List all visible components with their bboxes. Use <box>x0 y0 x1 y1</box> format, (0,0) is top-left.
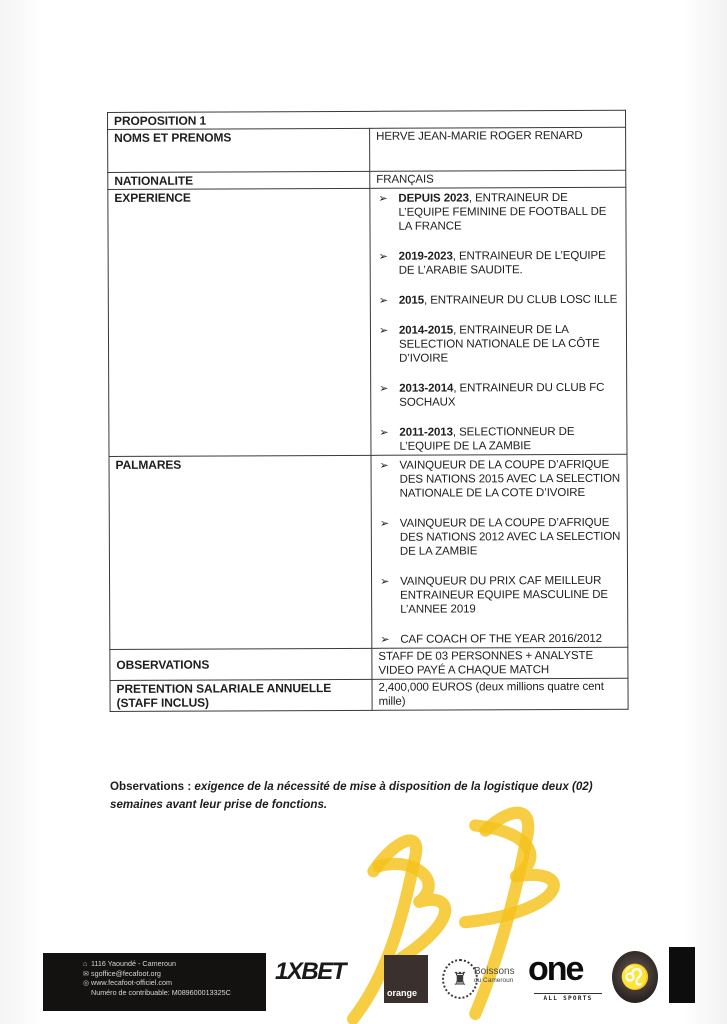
row-observations: OBSERVATIONS STAFF DE 03 PERSONNES + ANA… <box>110 647 628 680</box>
black-bar-logo <box>669 947 695 1003</box>
arrow-bullet-icon: ➢ <box>379 382 388 396</box>
address-line: ⌂1116 Yaoundé - Cameroun <box>83 959 266 969</box>
name-value: HERVE JEAN-MARIE ROGER RENARD <box>370 127 626 171</box>
observations-note-label: Observations : <box>110 780 191 793</box>
salary-label: PRETENTION SALARIALE ANNUELLE (STAFF INC… <box>110 679 372 711</box>
home-icon: ⌂ <box>83 959 91 969</box>
arrow-bullet-icon: ➢ <box>380 633 389 647</box>
palmares-list: ➢VAINQUEUR DE LA COUPE D’AFRIQUE DES NAT… <box>378 458 623 647</box>
observations-value: STAFF DE 03 PERSONNES + ANALYSTE VIDEO P… <box>372 647 628 679</box>
email-line[interactable]: ✉sgoffice@fecafoot.org <box>83 969 266 979</box>
experience-label: EXPERIENCE <box>108 188 371 456</box>
experience-item: ➢2013-2014, ENTRAINEUR DU CLUB FC SOCHAU… <box>377 381 621 410</box>
globe-icon: ◎ <box>83 978 91 988</box>
nationality-value: FRANÇAIS <box>370 170 626 188</box>
arrow-bullet-icon: ➢ <box>380 459 389 473</box>
palmares-item: ➢CAF COACH OF THE YEAR 2016/2012 <box>378 632 622 647</box>
1xbet-logo: 1XBET <box>275 958 345 986</box>
nationality-label: NATIONALITE <box>108 171 370 189</box>
arrow-bullet-icon: ➢ <box>378 192 387 206</box>
experience-value: ➢DEPUIS 2023, ENTRAINEUR DE L’EQUIPE FEM… <box>370 187 627 455</box>
arrow-bullet-icon: ➢ <box>379 294 388 308</box>
experience-item: ➢2014-2015, ENTRAINEUR DE LA SELECTION N… <box>377 323 621 366</box>
one-all-sports-subtitle: ALL SPORTS <box>534 993 602 1002</box>
arrow-bullet-icon: ➢ <box>380 517 389 531</box>
arrow-bullet-icon: ➢ <box>379 250 388 264</box>
name-label: NOMS ET PRENOMS <box>108 128 370 172</box>
tax-id-line: Numéro de contribuable: M089600013325C <box>83 988 266 998</box>
palmares-value: ➢VAINQUEUR DE LA COUPE D’AFRIQUE DES NAT… <box>371 454 628 648</box>
arrow-bullet-icon: ➢ <box>380 575 389 589</box>
fecafoot-contact-box: ⌂1116 Yaoundé - Cameroun ✉sgoffice@fecaf… <box>43 953 266 1011</box>
row-salary: PRETENTION SALARIALE ANNUELLE (STAFF INC… <box>110 678 628 711</box>
palmares-label: PALMARES <box>109 455 372 649</box>
observations-label: OBSERVATIONS <box>110 648 372 680</box>
arrow-bullet-icon: ➢ <box>379 426 388 440</box>
orange-logo: orange <box>384 955 428 1003</box>
experience-item: ➢2015, ENTRAINEUR DU CLUB LOSC ILLE <box>377 293 621 308</box>
experience-item: ➢2011-2013, SELECTIONNEUR DE L’EQUIPE DE… <box>377 425 621 454</box>
experience-list: ➢DEPUIS 2023, ENTRAINEUR DE L’EQUIPE FEM… <box>376 191 621 454</box>
row-experience: EXPERIENCE ➢DEPUIS 2023, ENTRAINEUR DE L… <box>108 187 627 456</box>
arrow-bullet-icon: ➢ <box>379 324 388 338</box>
experience-item: ➢DEPUIS 2023, ENTRAINEUR DE L’EQUIPE FEM… <box>376 191 620 234</box>
palmares-item: ➢VAINQUEUR DU PRIX CAF MEILLEUR ENTRAINE… <box>378 574 622 617</box>
proposal-table: PROPOSITION 1 NOMS ET PRENOMS HERVE JEAN… <box>107 110 629 712</box>
observations-note: Observations : exigence de la nécessité … <box>110 778 630 814</box>
row-palmares: PALMARES ➢VAINQUEUR DE LA COUPE D’AFRIQU… <box>109 454 628 649</box>
boissons-lion-seal-icon: ♜ <box>442 959 478 999</box>
one-all-sports-logo: one <box>528 950 582 989</box>
palmares-item: ➢VAINQUEUR DE LA COUPE D’AFRIQUE DES NAT… <box>378 458 622 501</box>
salary-value: 2,400,000 EUROS (deux millions quatre ce… <box>372 678 628 710</box>
website-line[interactable]: ◎www.fecafoot-officiel.com <box>83 978 266 988</box>
boissons-du-cameroun-logo: Boissons du Cameroun <box>474 967 515 985</box>
experience-item: ➢2019-2023, ENTRAINEUR DE L’EQUIPE DE L’… <box>377 249 621 278</box>
palmares-item: ➢VAINQUEUR DE LA COUPE D’AFRIQUE DES NAT… <box>378 516 622 559</box>
mail-icon: ✉ <box>83 969 91 979</box>
lion-head-logo-icon: ♌ <box>612 951 658 1003</box>
row-name: NOMS ET PRENOMS HERVE JEAN-MARIE ROGER R… <box>108 127 626 172</box>
